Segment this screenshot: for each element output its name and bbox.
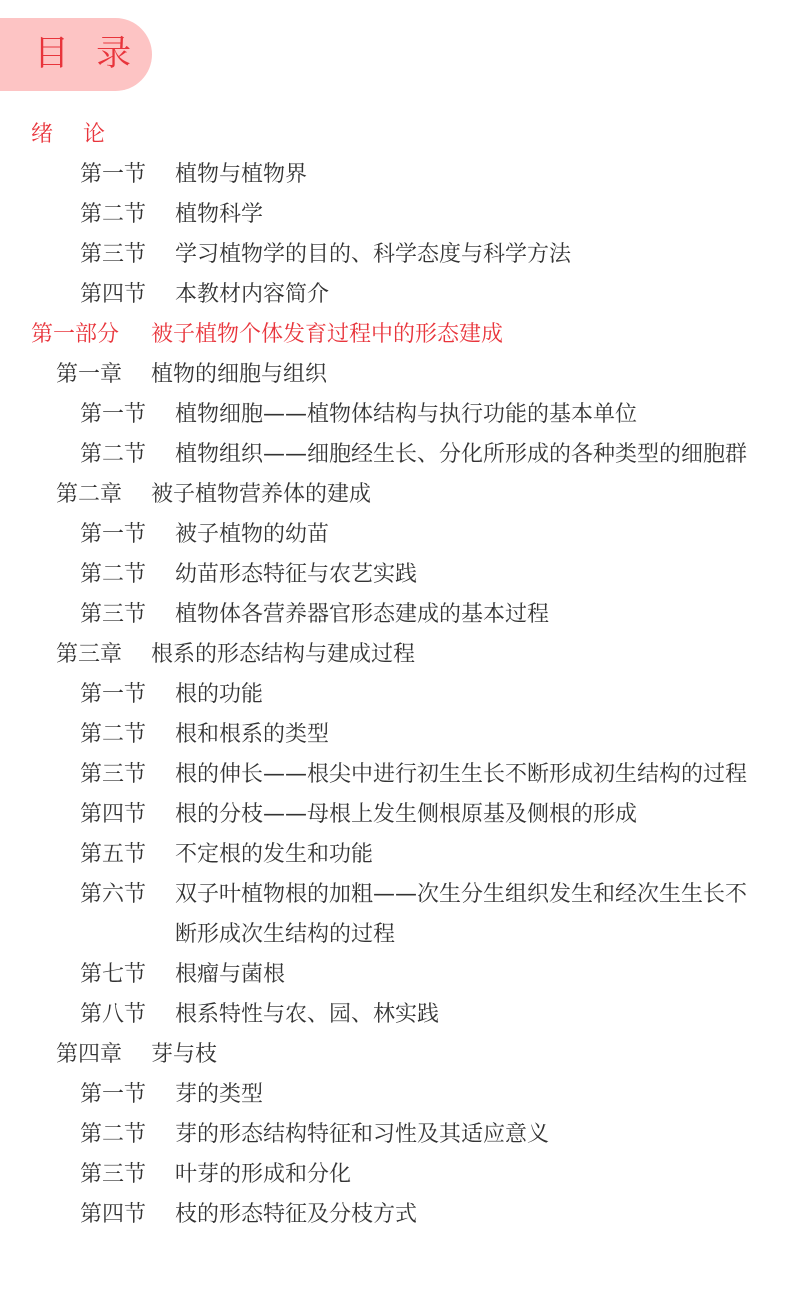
toc-title: 植物体各营养器官形态建成的基本过程	[175, 595, 750, 635]
toc-part[interactable]: 绪论	[0, 115, 790, 155]
toc-number: 第二节	[80, 1115, 146, 1155]
toc-title: 叶芽的形成和分化	[175, 1155, 750, 1195]
toc-number: 第二节	[80, 435, 146, 475]
toc-title: 不定根的发生和功能	[175, 835, 750, 875]
toc-section[interactable]: 第四节枝的形态特征及分枝方式	[0, 1195, 790, 1235]
toc-number: 第一节	[80, 155, 146, 195]
toc-number: 第二节	[80, 555, 146, 595]
toc-title: 论	[83, 115, 790, 155]
toc-section[interactable]: 第六节双子叶植物根的加粗——次生分生组织发生和经次生生长不断形成次生结构的过程	[0, 875, 790, 955]
toc-section[interactable]: 第二节芽的形态结构特征和习性及其适应意义	[0, 1115, 790, 1155]
toc-section[interactable]: 第一节被子植物的幼苗	[0, 515, 790, 555]
toc-number: 第四章	[56, 1035, 122, 1075]
toc-section[interactable]: 第八节根系特性与农、园、林实践	[0, 995, 790, 1035]
toc-title: 枝的形态特征及分枝方式	[175, 1195, 750, 1235]
toc-part[interactable]: 第一部分被子植物个体发育过程中的形态建成	[0, 315, 790, 355]
toc-title: 根瘤与菌根	[175, 955, 750, 995]
toc-number: 第一节	[80, 395, 146, 435]
toc-section[interactable]: 第一节芽的类型	[0, 1075, 790, 1115]
toc-title: 根的伸长——根尖中进行初生生长不断形成初生结构的过程	[175, 755, 750, 795]
toc-number: 第四节	[80, 795, 146, 835]
toc-title: 学习植物学的目的、科学态度与科学方法	[175, 235, 750, 275]
toc-chapter[interactable]: 第一章植物的细胞与组织	[0, 355, 790, 395]
toc-number: 第四节	[80, 275, 146, 315]
toc-section[interactable]: 第三节植物体各营养器官形态建成的基本过程	[0, 595, 790, 635]
toc-title: 植物的细胞与组织	[151, 355, 790, 395]
toc-section[interactable]: 第四节根的分枝——母根上发生侧根原基及侧根的形成	[0, 795, 790, 835]
toc-number: 第三节	[80, 755, 146, 795]
toc-title: 双子叶植物根的加粗——次生分生组织发生和经次生生长不断形成次生结构的过程	[175, 875, 750, 955]
toc-section[interactable]: 第三节学习植物学的目的、科学态度与科学方法	[0, 235, 790, 275]
toc-number: 第七节	[80, 955, 146, 995]
toc-number: 第一节	[80, 515, 146, 555]
toc-title: 根和根系的类型	[175, 715, 750, 755]
toc-title: 植物科学	[175, 195, 750, 235]
toc-section[interactable]: 第一节根的功能	[0, 675, 790, 715]
toc-title: 根系的形态结构与建成过程	[151, 635, 790, 675]
toc-number: 第六节	[80, 875, 146, 915]
toc-chapter[interactable]: 第三章根系的形态结构与建成过程	[0, 635, 790, 675]
toc-section[interactable]: 第一节植物与植物界	[0, 155, 790, 195]
toc-section[interactable]: 第三节根的伸长——根尖中进行初生生长不断形成初生结构的过程	[0, 755, 790, 795]
toc-number: 第三节	[80, 595, 146, 635]
toc-section[interactable]: 第一节植物细胞——植物体结构与执行功能的基本单位	[0, 395, 790, 435]
toc-title: 植物组织——细胞经生长、分化所形成的各种类型的细胞群	[175, 435, 750, 475]
toc-header-banner: 目 录	[0, 18, 152, 91]
toc-number: 第五节	[80, 835, 146, 875]
toc-section[interactable]: 第三节叶芽的形成和分化	[0, 1155, 790, 1195]
toc-title: 被子植物个体发育过程中的形态建成	[151, 315, 790, 355]
toc-number: 第一节	[80, 675, 146, 715]
toc-chapter[interactable]: 第二章被子植物营养体的建成	[0, 475, 790, 515]
toc-number: 第四节	[80, 1195, 146, 1235]
toc-chapter[interactable]: 第四章芽与枝	[0, 1035, 790, 1075]
toc-number: 第二节	[80, 195, 146, 235]
toc-section[interactable]: 第二节植物科学	[0, 195, 790, 235]
toc-title: 被子植物营养体的建成	[151, 475, 790, 515]
toc-number: 第一节	[80, 1075, 146, 1115]
page-title: 目 录	[34, 18, 139, 91]
toc-number: 第三章	[56, 635, 122, 675]
toc-number: 第二节	[80, 715, 146, 755]
toc-section[interactable]: 第二节植物组织——细胞经生长、分化所形成的各种类型的细胞群	[0, 435, 790, 475]
toc-number: 第一部分	[31, 315, 119, 355]
toc-number: 第三节	[80, 1155, 146, 1195]
toc-title: 根的分枝——母根上发生侧根原基及侧根的形成	[175, 795, 750, 835]
toc-number: 第三节	[80, 235, 146, 275]
toc-title: 植物与植物界	[175, 155, 750, 195]
toc-section[interactable]: 第二节根和根系的类型	[0, 715, 790, 755]
toc-title: 根的功能	[175, 675, 750, 715]
toc-section[interactable]: 第二节幼苗形态特征与农艺实践	[0, 555, 790, 595]
toc-title: 植物细胞——植物体结构与执行功能的基本单位	[175, 395, 750, 435]
toc-title: 幼苗形态特征与农艺实践	[175, 555, 750, 595]
toc-section[interactable]: 第五节不定根的发生和功能	[0, 835, 790, 875]
toc-number: 第八节	[80, 995, 146, 1035]
table-of-contents: 绪论第一节植物与植物界第二节植物科学第三节学习植物学的目的、科学态度与科学方法第…	[0, 115, 790, 1235]
toc-title: 根系特性与农、园、林实践	[175, 995, 750, 1035]
toc-title: 芽与枝	[151, 1035, 790, 1075]
toc-section[interactable]: 第七节根瘤与菌根	[0, 955, 790, 995]
toc-number: 第二章	[56, 475, 122, 515]
toc-title: 芽的类型	[175, 1075, 750, 1115]
toc-title: 被子植物的幼苗	[175, 515, 750, 555]
toc-section[interactable]: 第四节本教材内容简介	[0, 275, 790, 315]
toc-number: 第一章	[56, 355, 122, 395]
toc-title: 本教材内容简介	[175, 275, 750, 315]
toc-title: 芽的形态结构特征和习性及其适应意义	[175, 1115, 750, 1155]
toc-number: 绪	[31, 115, 53, 155]
